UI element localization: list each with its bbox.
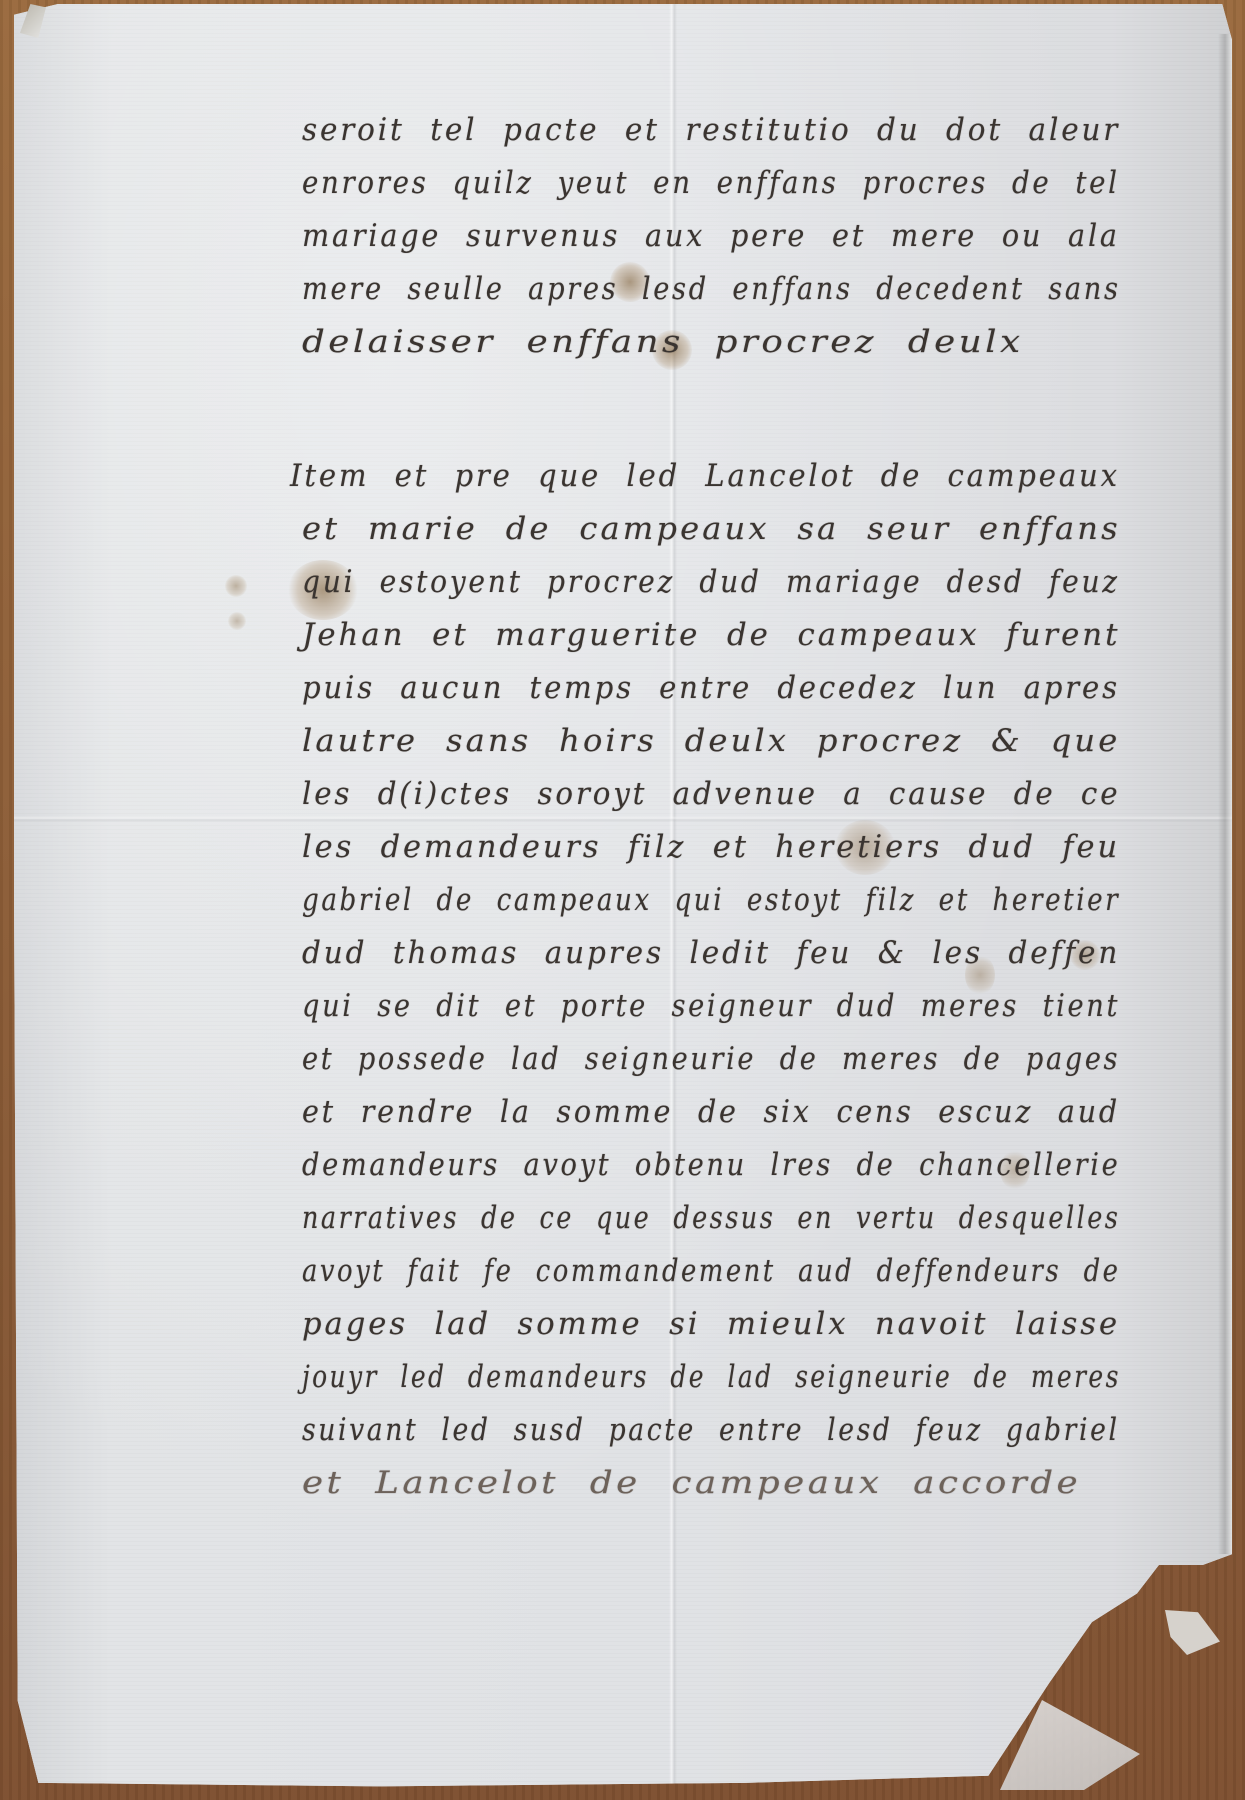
text-line: et rendre la somme de six cens escuz aud [302, 1094, 1120, 1130]
text-line: delaisser enffans procrez deulx [302, 324, 1024, 360]
text-line: avoyt fait fe commandement aud deffendeu… [302, 1253, 1120, 1289]
text-line: demandeurs avoyt obtenu lres de chancell… [302, 1147, 1120, 1183]
text-line: narratives de ce que dessus en vertu des… [302, 1200, 1120, 1236]
text-line: Item et pre que led Lancelot de campeaux [290, 458, 1120, 494]
text-line: Jehan et marguerite de campeaux furent [302, 617, 1120, 653]
text-line: et possede lad seigneurie de meres de pa… [302, 1041, 1120, 1077]
text-line: jouyr led demandeurs de lad seigneurie d… [302, 1359, 1121, 1395]
text-line: dud thomas aupres ledit feu & les deffen [302, 935, 1120, 971]
text-line: les demandeurs filz et heretiers dud feu [302, 829, 1120, 865]
text-line: enrores quilz yeut en enffans procres de… [302, 165, 1120, 201]
text-line: seroit tel pacte et restitutio du dot al… [302, 112, 1120, 148]
text-line: lautre sans hoirs deulx procrez & que [302, 723, 1120, 759]
text-line: les d(i)ctes soroyt advenue a cause de c… [302, 776, 1120, 812]
text-line: gabriel de campeaux qui estoyt filz et h… [302, 882, 1120, 918]
text-line: suivant led susd pacte entre lesd feuz g… [302, 1412, 1120, 1448]
text-line: qui se dit et porte seigneur dud meres t… [302, 988, 1120, 1024]
text-line: mariage survenus aux pere et mere ou ala [302, 218, 1120, 254]
text-line: mere seulle apres lesd enffans decedent … [302, 271, 1121, 307]
text-line: pages lad somme si mieulx navoit laisse [302, 1306, 1120, 1342]
manuscript-text: seroit tel pacte et restitutio du dot al… [0, 0, 1245, 1800]
text-line: qui estoyent procrez dud mariage desd fe… [302, 564, 1120, 600]
text-line: et marie de campeaux sa seur enffans [302, 511, 1121, 547]
text-line: et Lancelot de campeaux accorde [302, 1465, 1081, 1501]
text-line: puis aucun temps entre decedez lun apres [302, 670, 1120, 706]
